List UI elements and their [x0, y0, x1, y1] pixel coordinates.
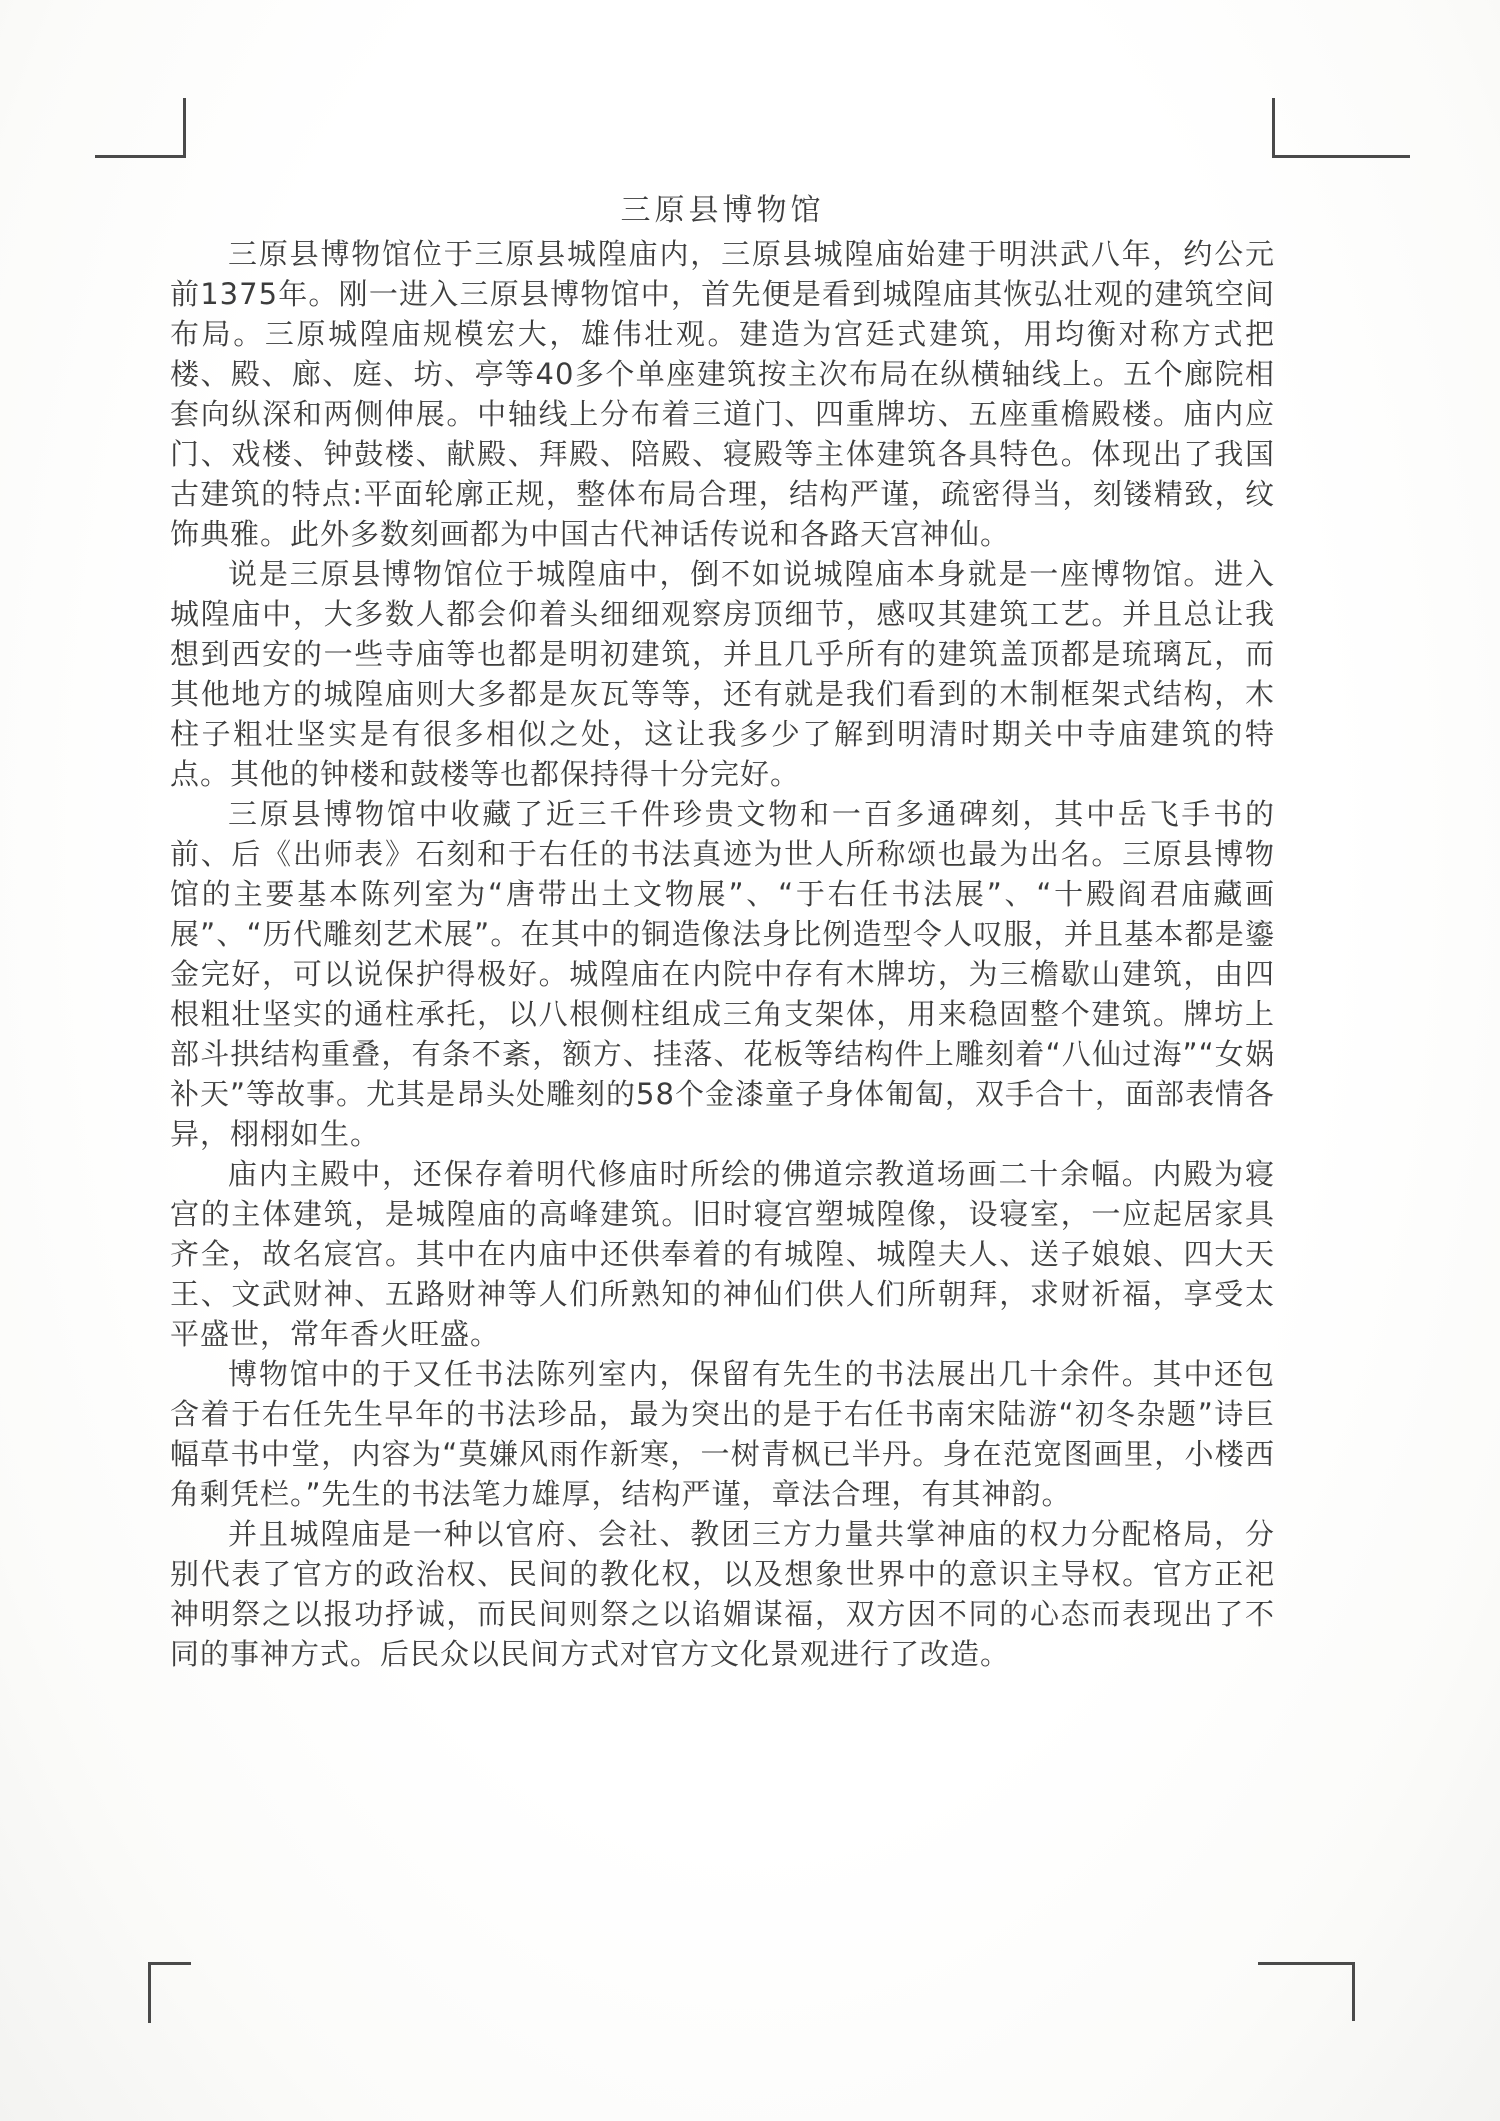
- document-content: 三原县博物馆 三原县博物馆位于三原县城隍庙内，三原县城隍庙始建于明洪武八年，约公…: [170, 190, 1275, 1674]
- paragraph-3: 三原县博物馆中收藏了近三千件珍贵文物和一百多通碑刻，其中岳飞手书的前、后《出师表…: [170, 794, 1275, 1154]
- paragraph-2: 说是三原县博物馆位于城隍庙中，倒不如说城隍庙本身就是一座博物馆。进入城隍庙中，大…: [170, 554, 1275, 794]
- paragraph-6: 并且城隍庙是一种以官府、会社、教团三方力量共掌神庙的权力分配格局，分别代表了官方…: [170, 1514, 1275, 1674]
- document-body: 三原县博物馆位于三原县城隍庙内，三原县城隍庙始建于明洪武八年，约公元前1375年…: [170, 234, 1275, 1674]
- scanned-document-page: { "document": { "title": "三原县博物馆", "para…: [0, 0, 1500, 2121]
- crop-mark-bottom-right: [1258, 1962, 1355, 2021]
- paragraph-1: 三原县博物馆位于三原县城隍庙内，三原县城隍庙始建于明洪武八年，约公元前1375年…: [170, 234, 1275, 554]
- document-page: 三原县博物馆 三原县博物馆位于三原县城隍庙内，三原县城隍庙始建于明洪武八年，约公…: [0, 0, 1500, 2121]
- crop-mark-top-left: [95, 98, 186, 158]
- page-title: 三原县博物馆: [170, 190, 1275, 232]
- paragraph-5: 博物馆中的于又任书法陈列室内，保留有先生的书法展出几十余件。其中还包含着于右任先…: [170, 1354, 1275, 1514]
- crop-mark-bottom-left: [148, 1962, 191, 2023]
- crop-mark-top-right: [1272, 98, 1410, 158]
- paragraph-4: 庙内主殿中，还保存着明代修庙时所绘的佛道宗教道场画二十余幅。内殿为寝宫的主体建筑…: [170, 1154, 1275, 1354]
